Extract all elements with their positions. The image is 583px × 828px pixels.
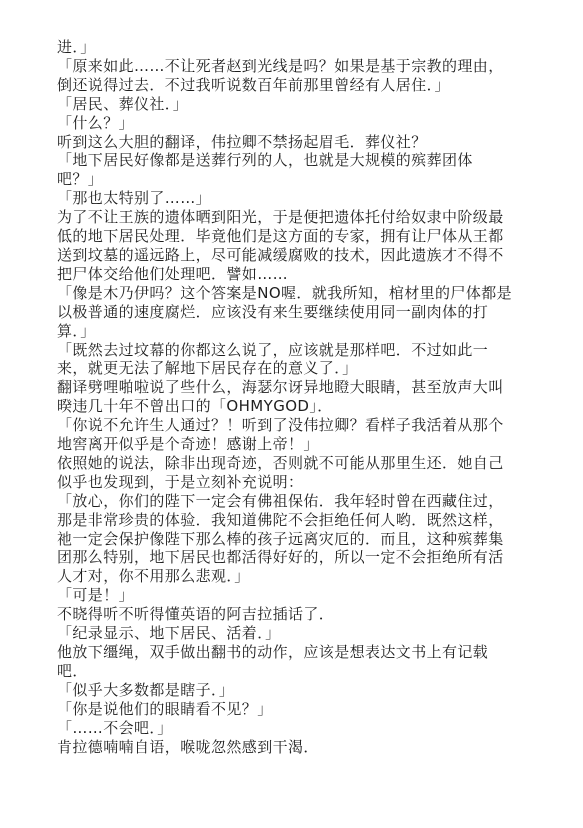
text-line: 「纪录显示、地下居民、活着．」 (57, 624, 535, 643)
text-line: 团那么特别，地下居民也都活得好好的，所以一定不会拒绝所有活 (57, 548, 535, 567)
text-line: 低的地下居民处理．毕竟他们是这方面的专家，拥有让尸体从王都 (57, 227, 535, 246)
text-line: 依照她的说法，除非出现奇迹，否则就不可能从那里生还．她自己 (57, 454, 535, 473)
text-line: 「可是！」 (57, 586, 535, 605)
text-line: 把尸体交给他们处理吧．譬如…… (57, 265, 535, 284)
text-line: 「你说不允许生人通过？！听到了没伟拉卿？看样子我活着从那个 (57, 416, 535, 435)
text-line: 来，就更无法了解地下居民存在的意义了．」 (57, 359, 535, 378)
text-line: 他放下缰绳，双手做出翻书的动作，应该是想表达文书上有记载 (57, 643, 535, 662)
text-line: 送到坟墓的遥远路上，尽可能减缓腐败的技术，因此遗族才不得不 (57, 246, 535, 265)
text-line: 「既然去过坟幕的你都这么说了，应该就是那样吧．不过如此一 (57, 341, 535, 360)
text-line: 那是非常珍贵的体验．我知道佛陀不会拒绝任何人哟．既然这样， (57, 511, 535, 530)
text-line: 以极普通的速度腐烂．应该没有来生要继续使用同一副肉体的打 (57, 303, 535, 322)
text-line: 似乎也发现到，于是立刻补充说明： (57, 473, 535, 492)
body-text: 进．」「原来如此……不让死者赵到光线是吗？如果是基于宗教的理由，倒还说得过去．不… (57, 38, 535, 756)
text-line: 「似乎大多数都是瞎子．」 (57, 681, 535, 700)
text-line: 吧？」 (57, 170, 535, 189)
text-line: 翻译劈哩啪啦说了些什么，海瑟尔讶异地瞪大眼睛，甚至放声大叫 (57, 378, 535, 397)
text-line: 祂一定会保护像陛下那么棒的孩子远离灾厄的．而且，这种殡葬集 (57, 530, 535, 549)
text-line: 暌违几十年不曾出口的「OHMYGOD」． (57, 397, 535, 416)
text-line: 「原来如此……不让死者赵到光线是吗？如果是基于宗教的理由， (57, 57, 535, 76)
text-line: 人才对，你不用那么悲观．」 (57, 567, 535, 586)
text-line: 「居民、葬仪社．」 (57, 95, 535, 114)
text-line: 「……不会吧．」 (57, 719, 535, 738)
text-line: 「那也太特别了……」 (57, 189, 535, 208)
text-line: 「你是说他们的眼睛看不见？」 (57, 700, 535, 719)
text-line: 为了不让王族的遗体晒到阳光，于是便把遗体托付给奴隶中阶级最 (57, 208, 535, 227)
text-line: 「像是木乃伊吗？这个答案是NO喔．就我所知，棺材里的尸体都是 (57, 284, 535, 303)
text-line: 肯拉德喃喃自语，喉咙忽然感到干渴． (57, 738, 535, 757)
text-line: 「什么？」 (57, 114, 535, 133)
text-line: 「放心，你们的陛下一定会有佛祖保佑．我年轻时曾在西藏住过， (57, 492, 535, 511)
text-line: 算．」 (57, 322, 535, 341)
text-line: 听到这么大胆的翻译，伟拉卿不禁扬起眉毛．葬仪社？ (57, 133, 535, 152)
text-line: 不晓得听不听得懂英语的阿吉拉插话了． (57, 605, 535, 624)
text-line: 吧． (57, 662, 535, 681)
text-line: 地窖离开似乎是个奇迹！感谢上帝！」 (57, 435, 535, 454)
novel-page: 进．」「原来如此……不让死者赵到光线是吗？如果是基于宗教的理由，倒还说得过去．不… (0, 0, 583, 828)
text-line: 进．」 (57, 38, 535, 57)
text-line: 「地下居民好像都是送葬行列的人，也就是大规模的殡葬团体 (57, 151, 535, 170)
text-line: 倒还说得过去．不过我听说数百年前那里曾经有人居住．」 (57, 76, 535, 95)
